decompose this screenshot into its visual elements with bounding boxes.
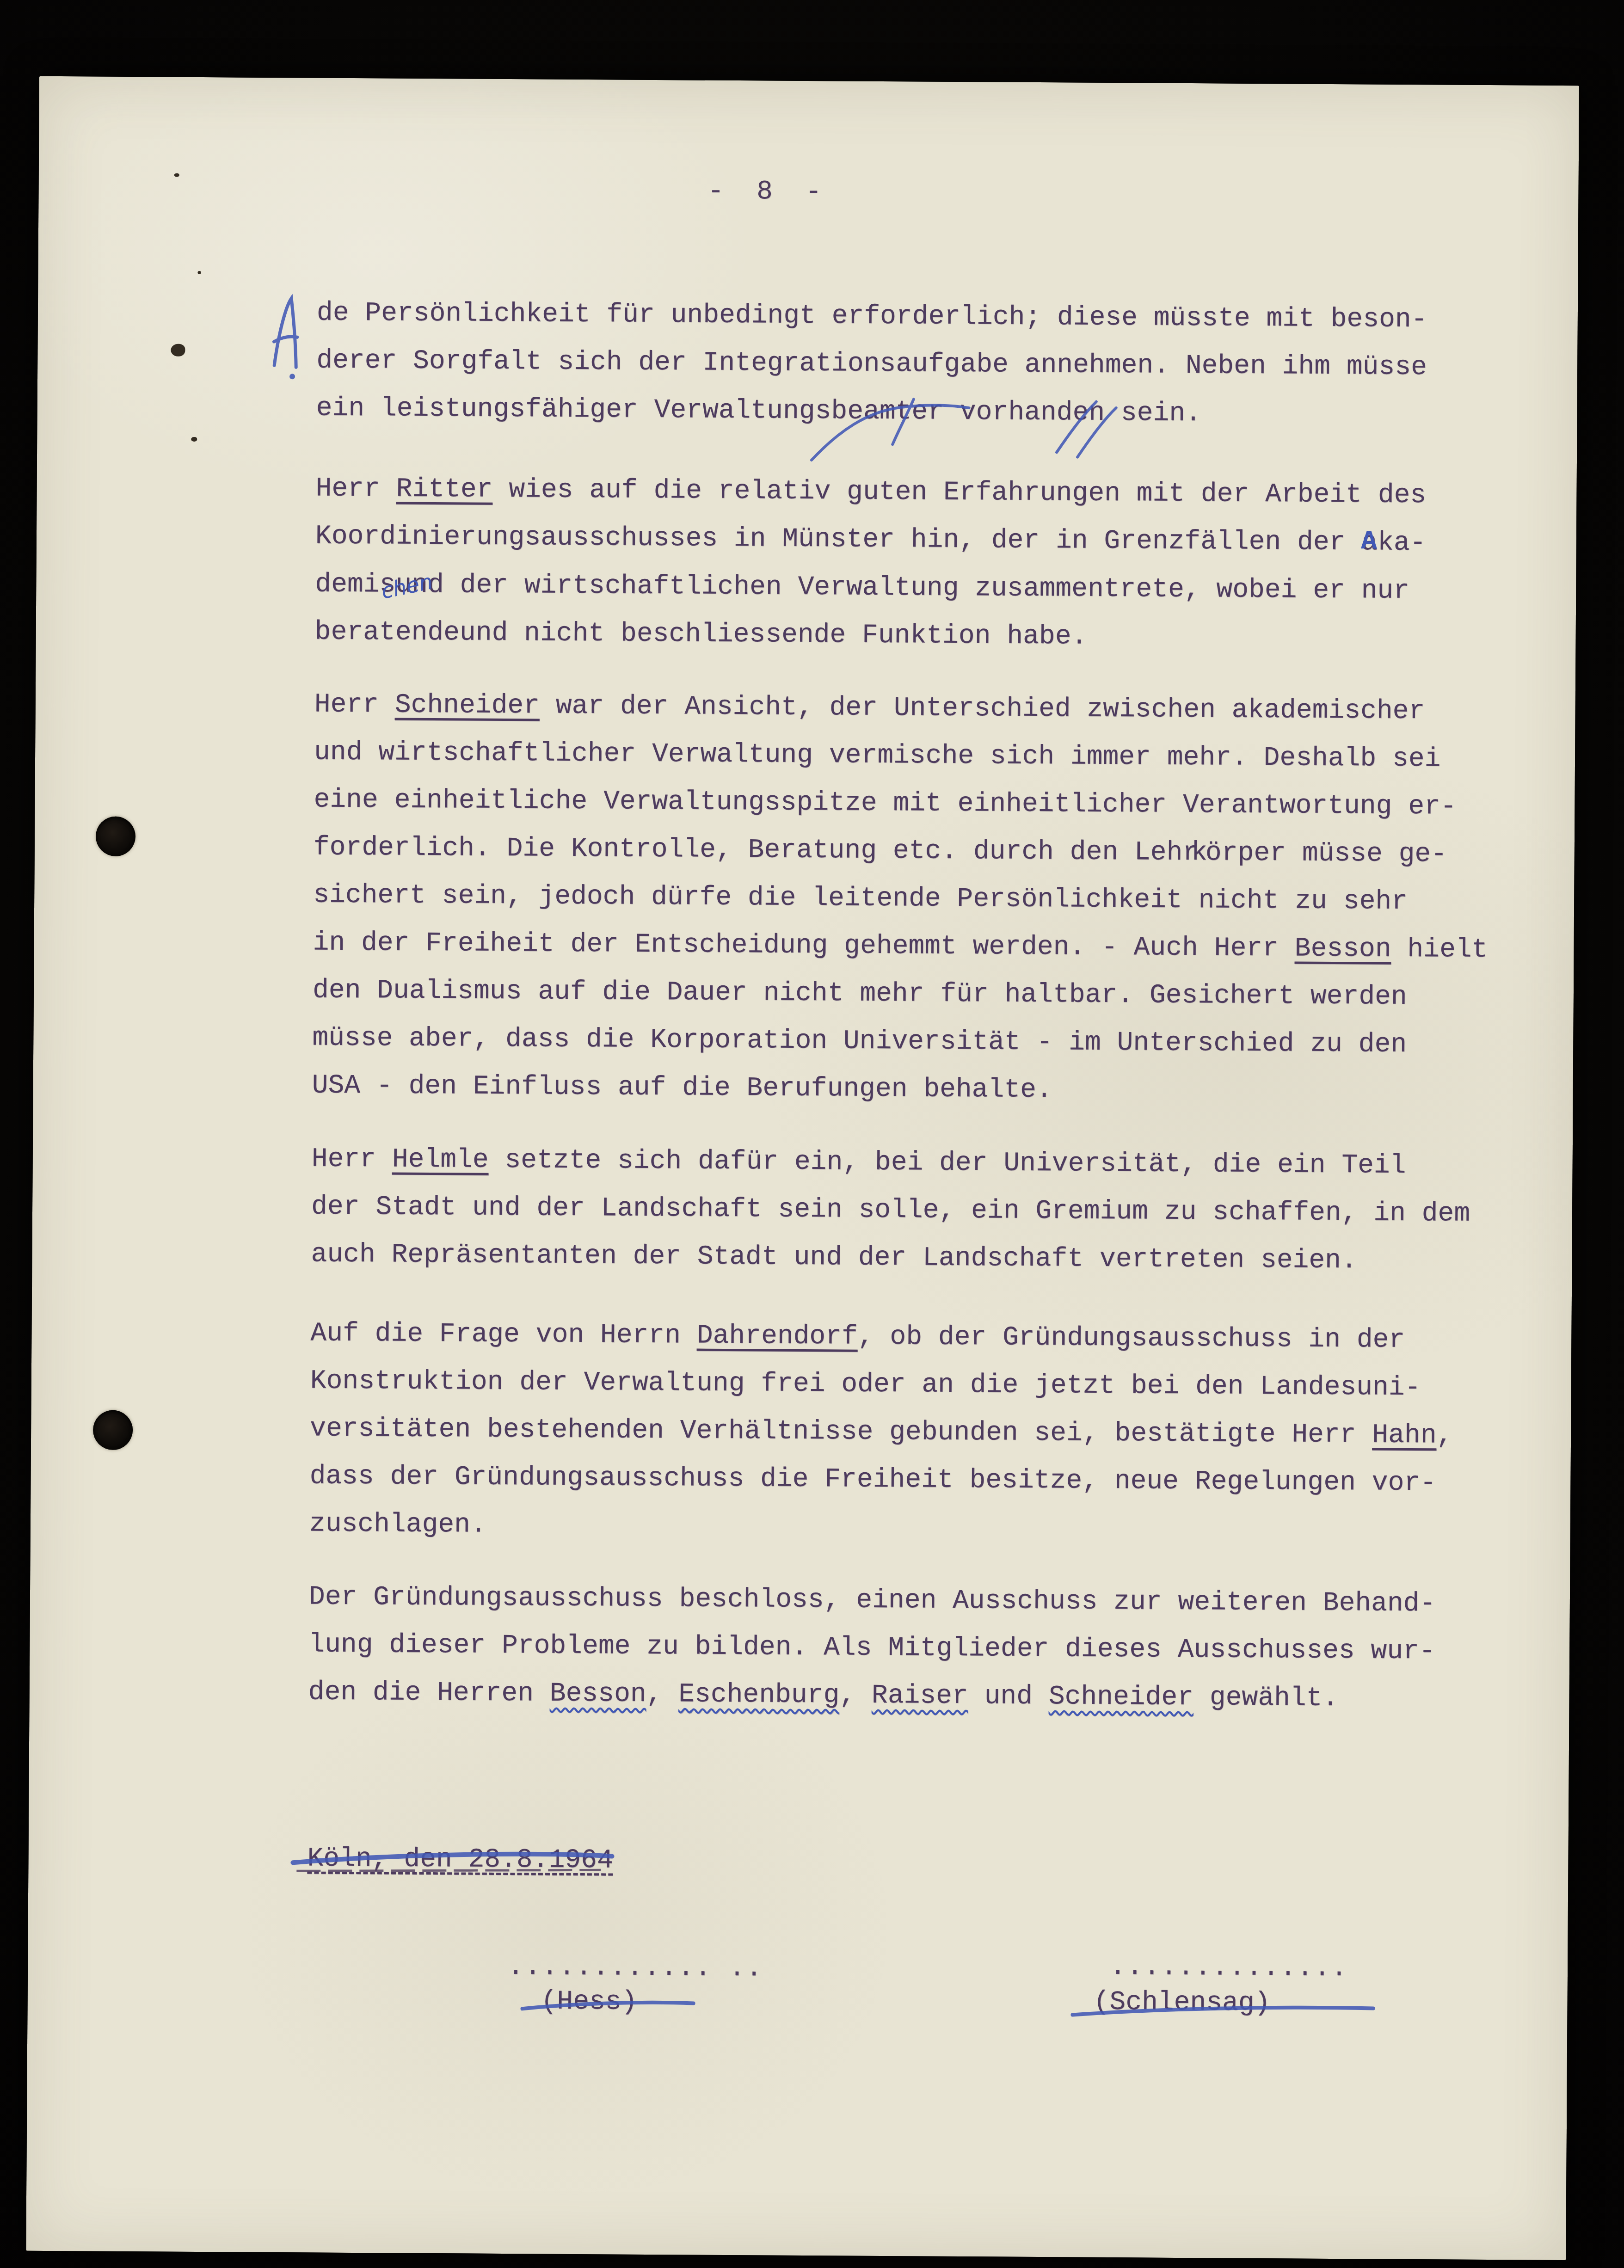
typed-text: der Stadt und der Landschaft sein solle,…	[311, 1192, 1470, 1229]
typed-text: ,	[839, 1680, 872, 1710]
typed-text: forderlich. Die Kontrolle, Beratung etc.…	[314, 832, 1183, 867]
pen-insertion-dot	[289, 374, 295, 379]
text-line: den die Herren Besson, Eschenburg, Raise…	[308, 1668, 1435, 1723]
paper-speck	[171, 344, 185, 356]
typed-text: war der Ansicht, der Unterschied zwische…	[540, 691, 1425, 726]
paper-speck	[197, 271, 201, 274]
text-line: demischenund der wirtschaftlichen Verwal…	[315, 560, 1426, 615]
punch-hole-bottom	[93, 1410, 133, 1451]
typed-text: ka-	[1378, 528, 1426, 559]
underlined-name: Schneider	[395, 690, 540, 721]
paragraph-4: Herr Helmle setzte sich dafür ein, bei d…	[311, 1135, 1470, 1285]
text-line: Herr Schneider war der Ansicht, der Unte…	[314, 681, 1489, 736]
typed-text: gewählt.	[1193, 1683, 1339, 1714]
text-line: Konstruktion der Verwaltung frei oder an…	[310, 1357, 1453, 1412]
signature-name-schlensag: (Schlensag)	[1093, 1979, 1270, 2027]
typed-text: Koordinierungsausschusses in Münster hin…	[315, 521, 1378, 558]
text-line: müsse aber, dass die Korporation Univers…	[312, 1014, 1487, 1069]
typed-text: wies auf die relativ guten Erfahrungen m…	[492, 475, 1426, 510]
dateline-text: Köln, den 28.8.1964	[307, 1844, 613, 1875]
underlined-name: Dahrendorf	[697, 1321, 858, 1352]
text-line: in der Freiheit der Entscheidung gehemmt…	[313, 919, 1488, 974]
signature-name-hess: (Hess)	[541, 1978, 637, 2026]
text-line: USA - den Einfluss auf die Berufungen be…	[312, 1062, 1487, 1117]
text-line: dass der Gründungsausschuss die Freiheit…	[309, 1452, 1452, 1507]
typed-text: ,	[646, 1679, 678, 1709]
typed-text: hielt	[1391, 934, 1488, 965]
underlined-name: Raiser	[872, 1681, 968, 1711]
typed-text: und wirtschaftlicher Verwaltung vermisch…	[314, 737, 1441, 774]
underlined-name: Besson	[550, 1679, 646, 1709]
document-body: de Persönlichkeit für unbedingt erforder…	[39, 76, 1579, 86]
typed-text: ,	[1436, 1420, 1452, 1451]
text-line: lung dieser Probleme zu bilden. Als Mitg…	[308, 1621, 1435, 1675]
typed-text: zuschlagen.	[309, 1509, 486, 1540]
typed-text: beratendeund nicht beschliessende Funkti…	[315, 617, 1088, 652]
text-line: Auf die Frage von Herrn Dahrendorf, ob d…	[310, 1309, 1453, 1364]
page-number: - 8 -	[707, 168, 830, 216]
paper-speck	[174, 173, 179, 177]
paper-speck	[191, 437, 197, 442]
typed-text: Herr	[312, 1144, 392, 1174]
typed-text: setzte sich dafür ein, bei der Universit…	[488, 1145, 1406, 1181]
typed-text: sichert sein, jedoch dürfe die leitende …	[313, 880, 1408, 916]
paragraph-1: de Persönlichkeit für unbedingt erforder…	[316, 289, 1427, 439]
typed-text: auch Repräsentanten der Stadt und der La…	[311, 1239, 1357, 1276]
typed-text: in der Freiheit der Entscheidung gehemmt…	[313, 928, 1295, 964]
paragraph-5: Auf die Frage von Herrn Dahrendorf, ob d…	[309, 1309, 1453, 1555]
typed-text: den die Herren	[308, 1677, 549, 1709]
text-line: forderlich. Die Kontrolle, Beratung etc.…	[314, 824, 1489, 879]
text-line: und wirtschaftlicher Verwaltung vermisch…	[314, 728, 1489, 783]
underlined-name: Helmle	[392, 1145, 489, 1175]
typed-text: Auf die Frage von Herrn	[310, 1318, 697, 1351]
pen-insertion-mark	[274, 298, 297, 367]
text-line: zuschlagen.	[309, 1500, 1452, 1555]
text-line: Der Gründungsausschuss beschloss, einen …	[309, 1573, 1436, 1628]
typed-text: Herr	[315, 473, 396, 504]
punch-hole-top	[96, 817, 136, 857]
text-line: eine einheitliche Verwaltungsspitze mit …	[314, 776, 1489, 831]
typed-text: müsse aber, dass die Korporation Univers…	[312, 1023, 1407, 1059]
typed-text: den Dualismus auf die Dauer nicht mehr f…	[313, 975, 1407, 1012]
dateline: Köln, den 28.8.1964	[307, 1835, 613, 1884]
typed-text: Konstruktion der Verwaltung frei oder an…	[310, 1366, 1421, 1403]
underlined-name: Eschenburg	[678, 1679, 839, 1710]
document-page: - 8 - de Persönlichkeit für unbedingt er…	[26, 76, 1579, 2260]
typed-text: dass der Gründungsausschuss die Freiheit…	[309, 1461, 1436, 1498]
underlined-name: Hahn	[1372, 1420, 1437, 1451]
typed-text: eine einheitliche Verwaltungsspitze mit …	[314, 785, 1457, 822]
typed-text: de Persönlichkeit für unbedingt erforder…	[317, 298, 1427, 335]
text-line: der Stadt und der Landschaft sein solle,…	[311, 1183, 1470, 1237]
scan-background: - 8 - de Persönlichkeit für unbedingt er…	[0, 0, 1624, 2268]
text-line: ein leistungsfähiger Verwaltungsbeamter …	[316, 385, 1427, 439]
pen-correction: A	[1361, 518, 1361, 565]
typed-text: USA - den Einfluss auf die Berufungen be…	[312, 1070, 1052, 1105]
typed-text: rk	[1182, 838, 1200, 868]
typed-text: , ob der Gründungsausschuss in der	[858, 1322, 1405, 1355]
underlined-name: Schneider	[1049, 1682, 1194, 1713]
typed-text: Der Gründungsausschuss beschloss, einen …	[309, 1582, 1436, 1619]
underlined-name: Besson	[1295, 934, 1391, 964]
paragraph-6: Der Gründungsausschuss beschloss, einen …	[308, 1573, 1435, 1723]
text-line: derer Sorgfalt sich der Integrationsaufg…	[316, 337, 1427, 392]
text-line: de Persönlichkeit für unbedingt erforder…	[317, 289, 1427, 344]
paragraph-2: Herr Ritter wies auf die relativ guten E…	[314, 465, 1426, 663]
typed-text: versitäten bestehenden Verhältnisse gebu…	[310, 1414, 1372, 1450]
underlined-name: Ritter	[396, 474, 492, 505]
text-line: Herr Ritter wies auf die relativ guten E…	[315, 465, 1426, 519]
typed-text: und	[968, 1681, 1049, 1712]
text-line: sichert sein, jedoch dürfe die leitende …	[313, 871, 1488, 926]
typed-text: Herr	[314, 689, 395, 720]
typed-text: derer Sorgfalt sich der Integrationsaufg…	[316, 346, 1427, 383]
text-line: Herr Helmle setzte sich dafür ein, bei d…	[311, 1135, 1470, 1190]
text-line: den Dualismus auf die Dauer nicht mehr f…	[313, 966, 1488, 1021]
typed-text: lung dieser Probleme zu bilden. Als Mitg…	[308, 1629, 1435, 1666]
typed-text: örper müsse ge-	[1206, 838, 1447, 869]
text-line: auch Repräsentanten der Stadt und der La…	[311, 1230, 1470, 1285]
paragraph-3: Herr Schneider war der Ansicht, der Unte…	[312, 681, 1489, 1117]
text-line: versitäten bestehenden Verhältnisse gebu…	[310, 1405, 1453, 1459]
text-line: beratendeund nicht beschliessende Funkti…	[314, 608, 1425, 663]
typed-text: und der wirtschaftlichen Verwaltung zusa…	[395, 570, 1409, 606]
typed-text: ein leistungsfähiger Verwaltungsbeamter …	[316, 393, 1201, 429]
text-line: Koordinierungsausschusses in Münster hin…	[315, 512, 1426, 567]
